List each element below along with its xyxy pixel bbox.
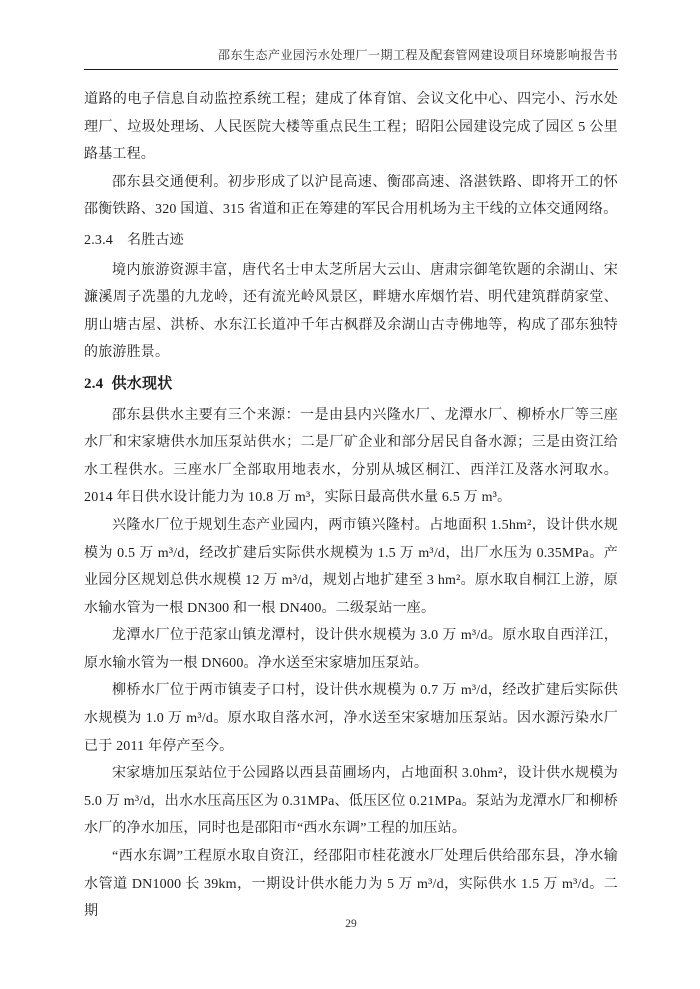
report-title: 邵东生态产业园污水处理厂一期工程及配套管网建设项目环境影响报告书 xyxy=(84,46,618,63)
section-number: 2.4 xyxy=(84,376,103,392)
paragraph-liuqiao-plant: 柳桥水厂位于两市镇麦子口村，设计供水规模为 0.7 万 m³/d，经改扩建后实际… xyxy=(84,677,618,760)
paragraph-west-east-project: “西水东调”工程原水取自资江，经邵阳市桂花渡水厂处理后供给邵东县，净水输水管道 … xyxy=(84,843,618,926)
page-footer: 29 xyxy=(84,918,618,930)
section-heading-water-supply: 2.4供水现状 xyxy=(84,371,618,399)
paragraph-longtan-plant: 龙潭水厂位于范家山镇龙潭村，设计供水规模为 3.0 万 m³/d。原水取自西洋江… xyxy=(84,622,618,677)
section-number: 2.3.4 xyxy=(84,233,113,248)
section-title: 供水现状 xyxy=(112,376,173,392)
header-divider xyxy=(84,69,618,70)
paragraph-tourism: 境内旅游资源丰富，唐代名士申太芝所居大云山、唐肃宗御笔钦题的余湖山、宋濂溪周子冼… xyxy=(84,257,618,367)
paragraph-xinglong-plant: 兴隆水厂位于规划生态产业园内，两市镇兴隆村。占地面积 1.5hm²，设计供水规模… xyxy=(84,512,618,622)
paragraph-songjiatang-station: 宋家塘加压泵站位于公园路以西县苗圃场内，占地面积 3.0hm²，设计供水规模为 … xyxy=(84,760,618,843)
page-number: 29 xyxy=(345,918,357,930)
document-page: 邵东生态产业园污水处理厂一期工程及配套管网建设项目环境影响报告书 道路的电子信息… xyxy=(0,0,700,989)
paragraph-transport: 邵东县交通便利。初步形成了以沪昆高速、衡邵高速、洛湛铁路、即将开工的怀邵衡铁路、… xyxy=(84,169,618,224)
section-heading-scenic-spots: 2.3.4名胜古迹 xyxy=(84,227,618,255)
paragraph-water-sources: 邵东县供水主要有三个来源：一是由县内兴隆水厂、龙潭水厂、柳桥水厂等三座水厂和宋家… xyxy=(84,402,618,512)
document-body: 道路的电子信息自动监控系统工程；建成了体育馆、会议文化中心、四完小、污水处理厂、… xyxy=(84,86,618,926)
paragraph-civic-projects: 道路的电子信息自动监控系统工程；建成了体育馆、会议文化中心、四完小、污水处理厂、… xyxy=(84,86,618,169)
section-title: 名胜古迹 xyxy=(127,233,184,248)
